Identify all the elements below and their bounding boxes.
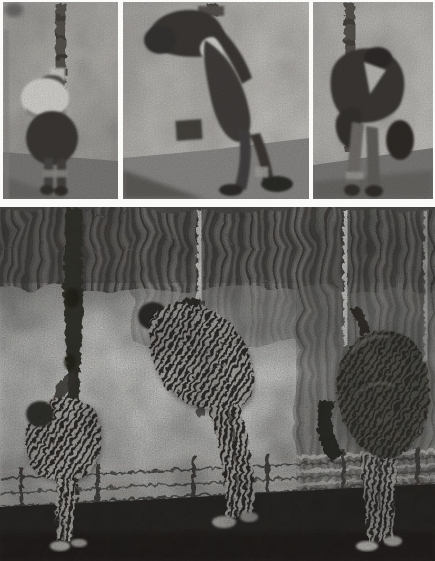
photo-panel-bottom [0, 205, 435, 561]
grain-overlay-top [3, 2, 433, 199]
grain-overlay-bottom [0, 207, 435, 561]
photo-montage [0, 0, 435, 561]
montage-image [0, 0, 435, 561]
top-photo-strip [3, 2, 433, 199]
